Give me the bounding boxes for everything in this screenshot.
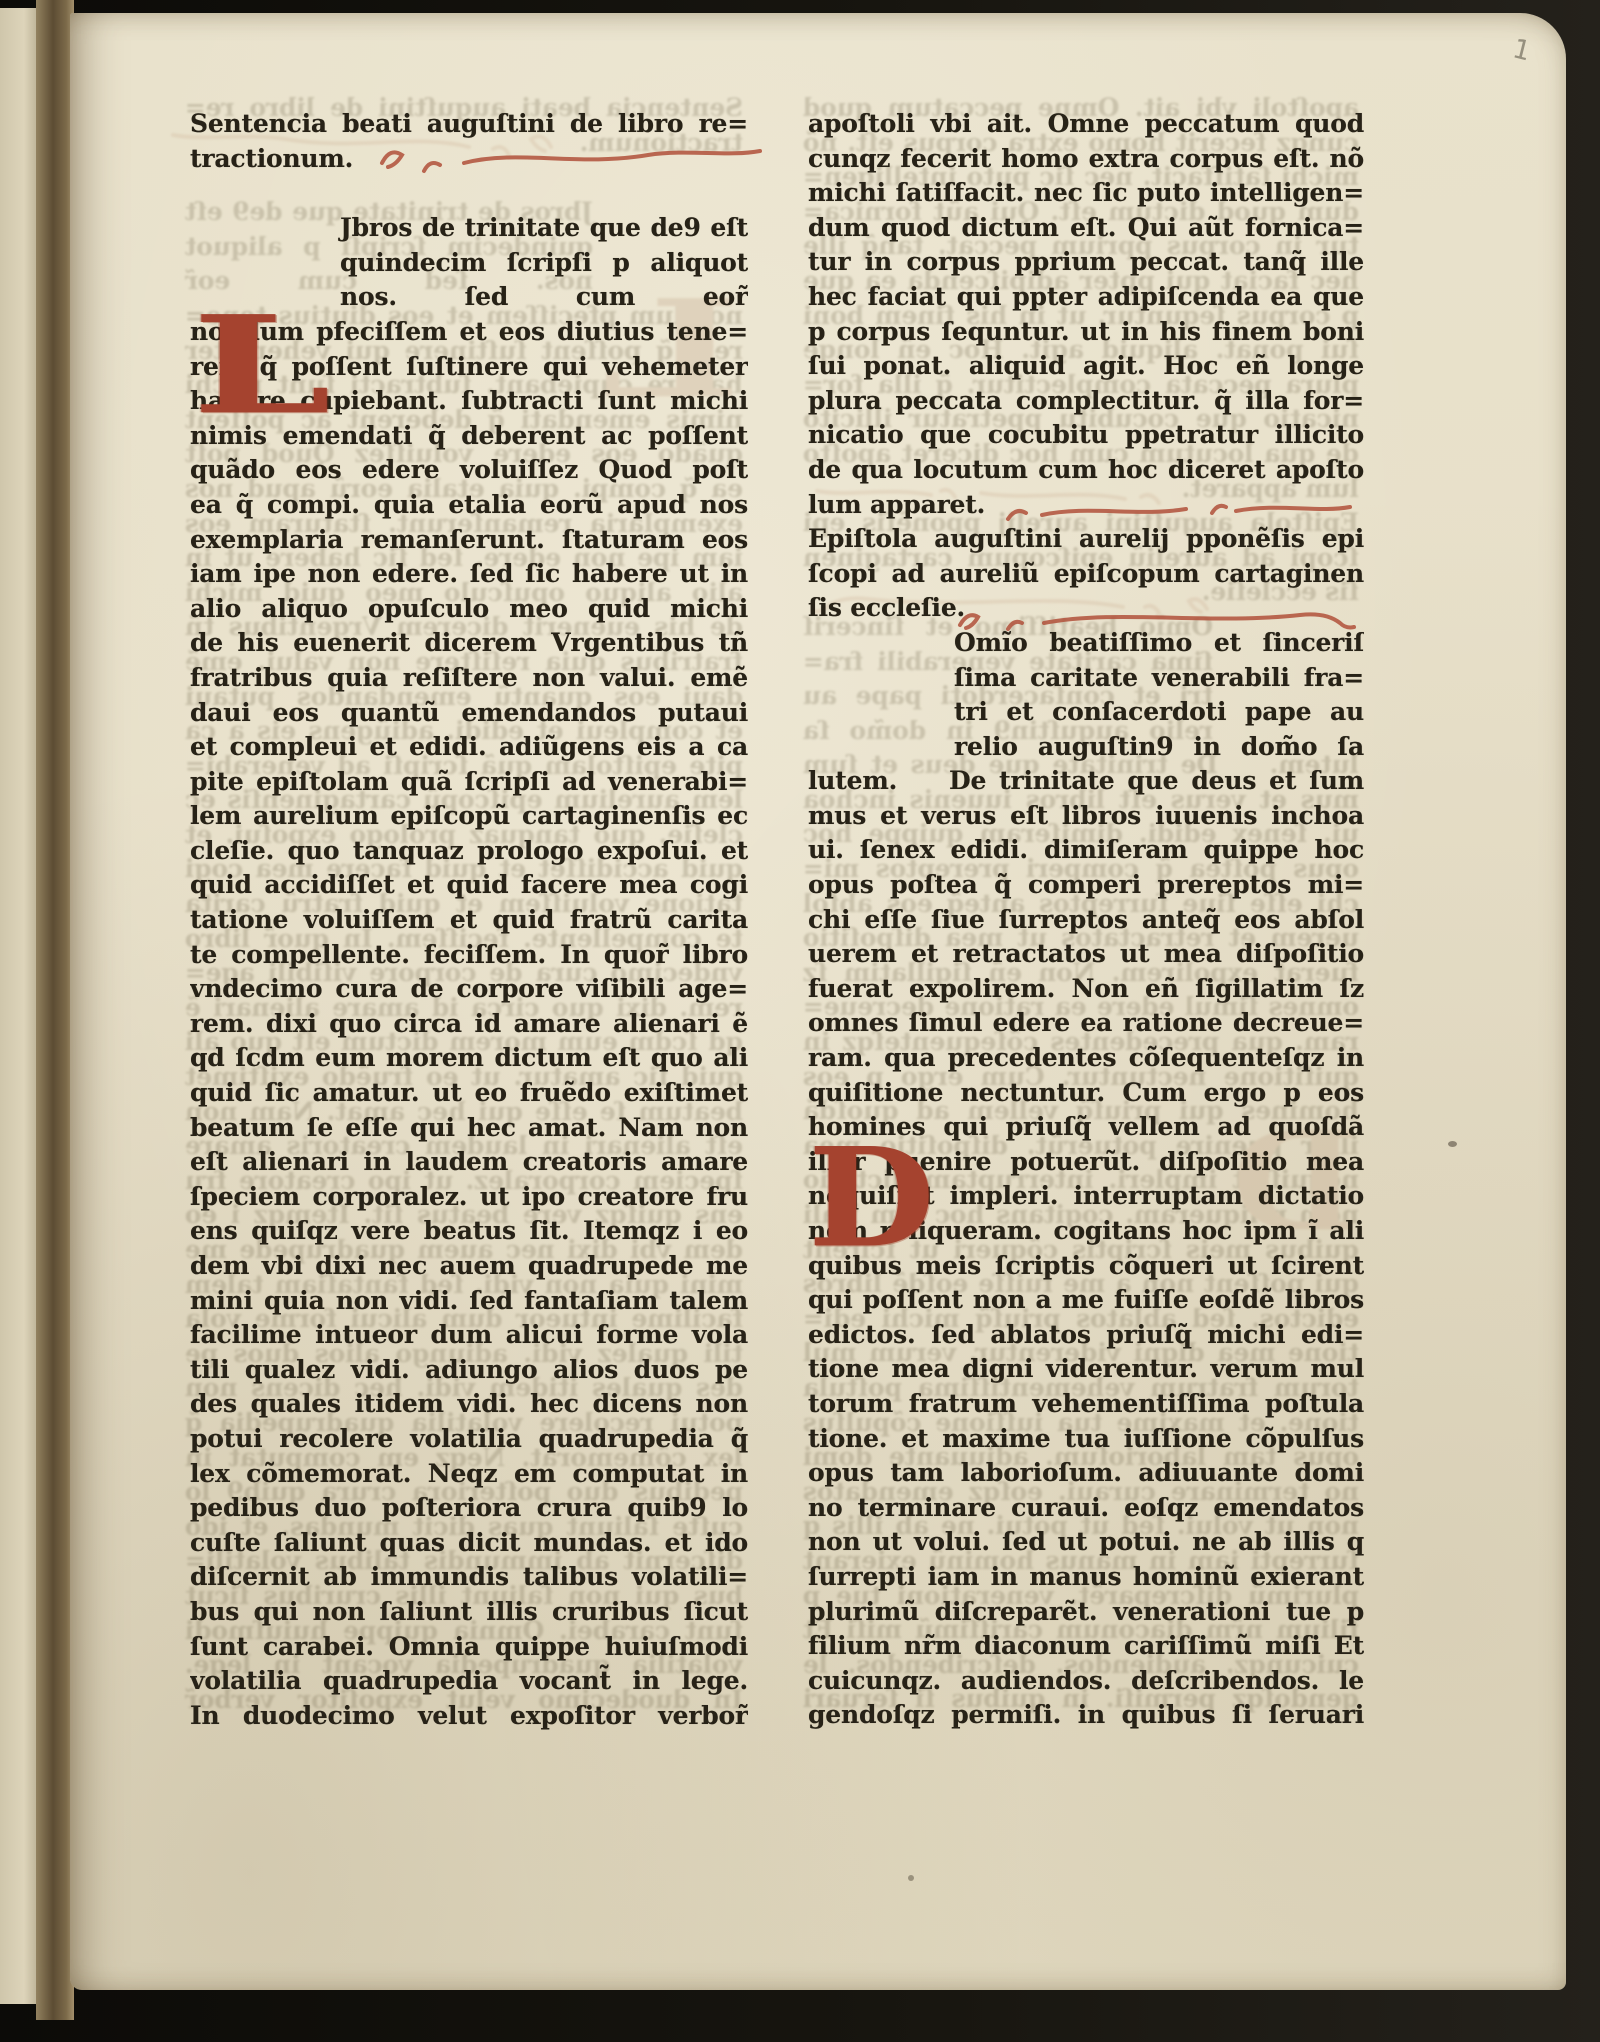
text-line: ſurrepti iam in manus hominũ exierant xyxy=(808,1560,1364,1595)
ink-speck xyxy=(1448,1141,1457,1147)
text-line: et compleui et edidi. adiũgens eis a ca xyxy=(190,730,748,765)
text-line: iam ipe non edere. ſed ſic habere ut in xyxy=(190,557,748,592)
text-line: pite epiſtolam quã ſcripſi ad venerabi= xyxy=(190,765,748,800)
text-line: Jbros de trinitate que de9 eſt xyxy=(190,211,748,246)
ink-speck xyxy=(908,1875,914,1881)
text-line: vndecimo cura de corpore viſibili age= xyxy=(190,972,748,1007)
rubricated-initial-D: D xyxy=(808,1131,935,1267)
text-line: de qua locutum cum hoc diceret apoſto xyxy=(808,453,1364,488)
epistle-indented-lines: Omĩo beatiſſimo et ſinceriſſima caritate… xyxy=(808,626,1364,764)
text-line: quid ſic amatur. ut eo fruẽdo exiſtimet xyxy=(190,1076,748,1111)
text-line: daui eos quantũ emendandos putaui xyxy=(190,696,748,731)
text-line: ram. qua precedentes cõſequenteſqz in xyxy=(808,1041,1364,1076)
text-line: fratribus quia reſiſtere non valui. emẽ xyxy=(190,661,748,696)
epistle-paragraph-head: D Omĩo beatiſſimo et ſinceriſſima carita… xyxy=(808,626,1364,764)
text-line: de his euenerit dicerem Vrgentibus tñ xyxy=(190,626,748,661)
text-line: tur in corpus pprium peccat. tanq̃ ille xyxy=(808,245,1364,280)
text-line: mus et verus eſt libros iuuenis inchoa xyxy=(808,799,1364,834)
text-line: des quales itidem vidi. hec dicens non xyxy=(190,1387,748,1422)
text-line: non ut volui. ſed ut potui. ne ab illis … xyxy=(808,1525,1364,1560)
text-line: ſui ponat. aliquid agit. Hoc eñ longe xyxy=(808,349,1364,384)
text-line: lutem. De trinitate que deus et ſum xyxy=(808,764,1364,799)
underlying-leaf-edge xyxy=(0,8,40,2004)
text-line: opus poſtea q̃ comperi prereptos mi= xyxy=(808,868,1364,903)
text-line: tatione voluiſſem et quid fratrũ carita xyxy=(190,903,748,938)
text-line: apoſtoli vbi ait. Omne peccatum quod xyxy=(808,107,1364,142)
text-line: qd ſcdm eum morem dictum eſt quo ali xyxy=(190,1041,748,1076)
text-line: no terminare curaui. eoſqz emendatos xyxy=(808,1491,1364,1526)
right-column: apoſtoli vbi ait. Omne peccatum quodcunq… xyxy=(808,107,1364,1733)
rubric-heading: Sentencia beati auguſtini de libro re=tr… xyxy=(190,107,748,176)
rubricated-initial-L: L xyxy=(192,299,331,434)
text-line: Epiſtola auguſtini aurelij pponẽſis epi xyxy=(808,522,1364,557)
text-line: exemplaria remanſerunt. ſtaturam eos xyxy=(190,523,748,558)
text-line: lum apparet. xyxy=(808,488,1364,523)
text-line: ſis eccleſie. xyxy=(808,591,1364,626)
text-line: ſunt carabei. Omnia quippe huiuſmodi xyxy=(190,1630,748,1665)
text-line: facilime intueor dum alicui forme vola xyxy=(190,1318,748,1353)
left-column: Sentencia beati auguſtini de libro re=tr… xyxy=(190,107,748,1733)
text-line: plura peccata complectitur. q̃ illa for= xyxy=(808,384,1364,419)
right-block-a: apoſtoli vbi ait. Omne peccatum quodcunq… xyxy=(808,107,1364,522)
parchment-page: 1 Sentencia beati auguſtini de libro re=… xyxy=(70,13,1566,1990)
text-line: bus qui non ſaliunt illis cruribus ſicut xyxy=(190,1595,748,1630)
right-column-content: apoſtoli vbi ait. Omne peccatum quodcunq… xyxy=(808,107,1364,1733)
text-line: lex cõmemorat. Neqz em computat in xyxy=(190,1457,748,1492)
text-line: volatilia quadrupedia vocant̃ in lege. xyxy=(190,1664,748,1699)
left-column-content: Sentencia beati auguſtini de libro re=tr… xyxy=(190,107,748,1733)
text-line: qui poſſent non a me fuiſſe eoſdẽ libros xyxy=(808,1283,1364,1318)
text-line: michi ſatiſfacit. nec ſic puto intellige… xyxy=(808,176,1364,211)
text-line: plurimũ diſcreparẽt. venerationi tue p xyxy=(808,1595,1364,1630)
text-line: diſcernit ab immundis talibus volatili= xyxy=(190,1560,748,1595)
text-line: cuſte ſaliunt quas dicit mundas. et ido xyxy=(190,1526,748,1561)
text-line: quindecim ſcripſi p aliquot an xyxy=(190,246,748,281)
text-line: uerem et retractatos ut mea diſpoſitio xyxy=(808,937,1364,972)
right-block-epistola: Epiſtola auguſtini aurelij pponẽſis epiſ… xyxy=(808,522,1364,626)
text-line: eſt alienari in laudem creatoris amare xyxy=(190,1145,748,1180)
binding-gutter xyxy=(36,0,74,2020)
text-line: p corpus ſequntur. ut in his finem boni xyxy=(808,315,1364,350)
folio-number: 1 xyxy=(1509,33,1533,67)
text-line: lem aurelium epiſcopũ cartaginenſis ec xyxy=(190,799,748,834)
text-line: dum quod dictum eſt. Qui aũt fornica= xyxy=(808,211,1364,246)
text-line: tione mea digni viderentur. verum mul xyxy=(808,1352,1364,1387)
text-line: beatum ſe eſſe qui hec amat. Nam non xyxy=(190,1111,748,1146)
text-line: filium nr̃m diaconum cariſſimũ miſi Et xyxy=(808,1629,1364,1664)
text-line: ens quiſqz vere beatus ſit. Itemqz i eo xyxy=(190,1214,748,1249)
heading-line: tractionum. xyxy=(190,142,748,177)
text-line: Omĩo beatiſſimo et ſinceriſ xyxy=(808,626,1364,661)
text-line: opus tam laborioſum. adiuuante domi xyxy=(808,1456,1364,1491)
text-line: ea q̃ compi. quia etalia eorũ apud nos xyxy=(190,488,748,523)
text-line: cunqz fecerit homo extra corpus eſt. nõ xyxy=(808,142,1364,177)
scanned-book-page: 1 Sentencia beati auguſtini de libro re=… xyxy=(0,0,1600,2042)
text-line: ſpeciem corporalez. ut ipo creatore fru xyxy=(190,1180,748,1215)
text-line: chi eſſe ſiue ſurreptos anteq̃ eos abſol xyxy=(808,903,1364,938)
text-line: hec faciat qui ppter adipiſcenda ea que xyxy=(808,280,1364,315)
text-line: potui recolere volatilia quadrupedia q̃ xyxy=(190,1422,748,1457)
text-line: ſcopi ad aureliũ epiſcopum cartaginen xyxy=(808,557,1364,592)
text-line: cuicunqz. audiendos. deſcribendos. le xyxy=(808,1664,1364,1699)
text-line: fuerat expolirem. Non eñ ſigillatim ſz xyxy=(808,972,1364,1007)
text-line: edictos. ſed ablatos priuſq̃ michi edi= xyxy=(808,1318,1364,1353)
text-line: rem. dixi quo circa id amare alienari ẽ xyxy=(190,1007,748,1042)
heading-line: Sentencia beati auguſtini de libro re= xyxy=(190,107,748,142)
text-line: In duodecimo velut expoſitor verbor̃ xyxy=(190,1699,748,1734)
text-line: ſima caritate venerabili fra= xyxy=(808,661,1364,696)
text-line: cleſie. quo tanquaz prologo expoſui. et xyxy=(190,834,748,869)
text-line: alio aliquo opuſculo meo quid michi xyxy=(190,592,748,627)
text-line: quid accidiſſet et quid facere mea cogi xyxy=(190,868,748,903)
text-line: omnes ſimul edere ea ratione decreue= xyxy=(808,1006,1364,1041)
text-line: mini quia non vidi. ſed fantaſiam talem xyxy=(190,1284,748,1319)
left-body-lines: nondum pfeciſſem et eos diutius tene=rem… xyxy=(190,315,748,1733)
text-line: tri et conſacerdoti pape au xyxy=(808,695,1364,730)
text-line: pedibus duo poſteriora crura quib9 lo xyxy=(190,1491,748,1526)
text-line: ui. ſenex edidi. dimiſeram quippe hoc xyxy=(808,833,1364,868)
text-line: te compellente. feciſſem. In quor̃ libro xyxy=(190,938,748,973)
text-line: nicatio que cocubitu ppetratur illicito xyxy=(808,418,1364,453)
text-line: quiſitione nectuntur. Cum ergo p eos xyxy=(808,1076,1364,1111)
text-line: torum fratrum vehementiſſima poſtula xyxy=(808,1387,1364,1422)
text-line: gendoſqz permiſi. in quibus ſi ſeruari xyxy=(808,1698,1364,1733)
text-line: tili qualez vidi. adiungo alios duos pe xyxy=(190,1353,748,1388)
text-line: tione. et maxime tua iuſſione cõpulſus xyxy=(808,1422,1364,1457)
text-line: dem vbi dixi nec auem quadrupede me xyxy=(190,1249,748,1284)
opening-paragraph-head: L Jbros de trinitate que de9 eſtquindeci… xyxy=(190,211,748,315)
text-line: quãdo eos edere voluiſſez Quod poſt xyxy=(190,453,748,488)
text-line: relio auguſtin9 in dom̃o ſa xyxy=(808,730,1364,765)
